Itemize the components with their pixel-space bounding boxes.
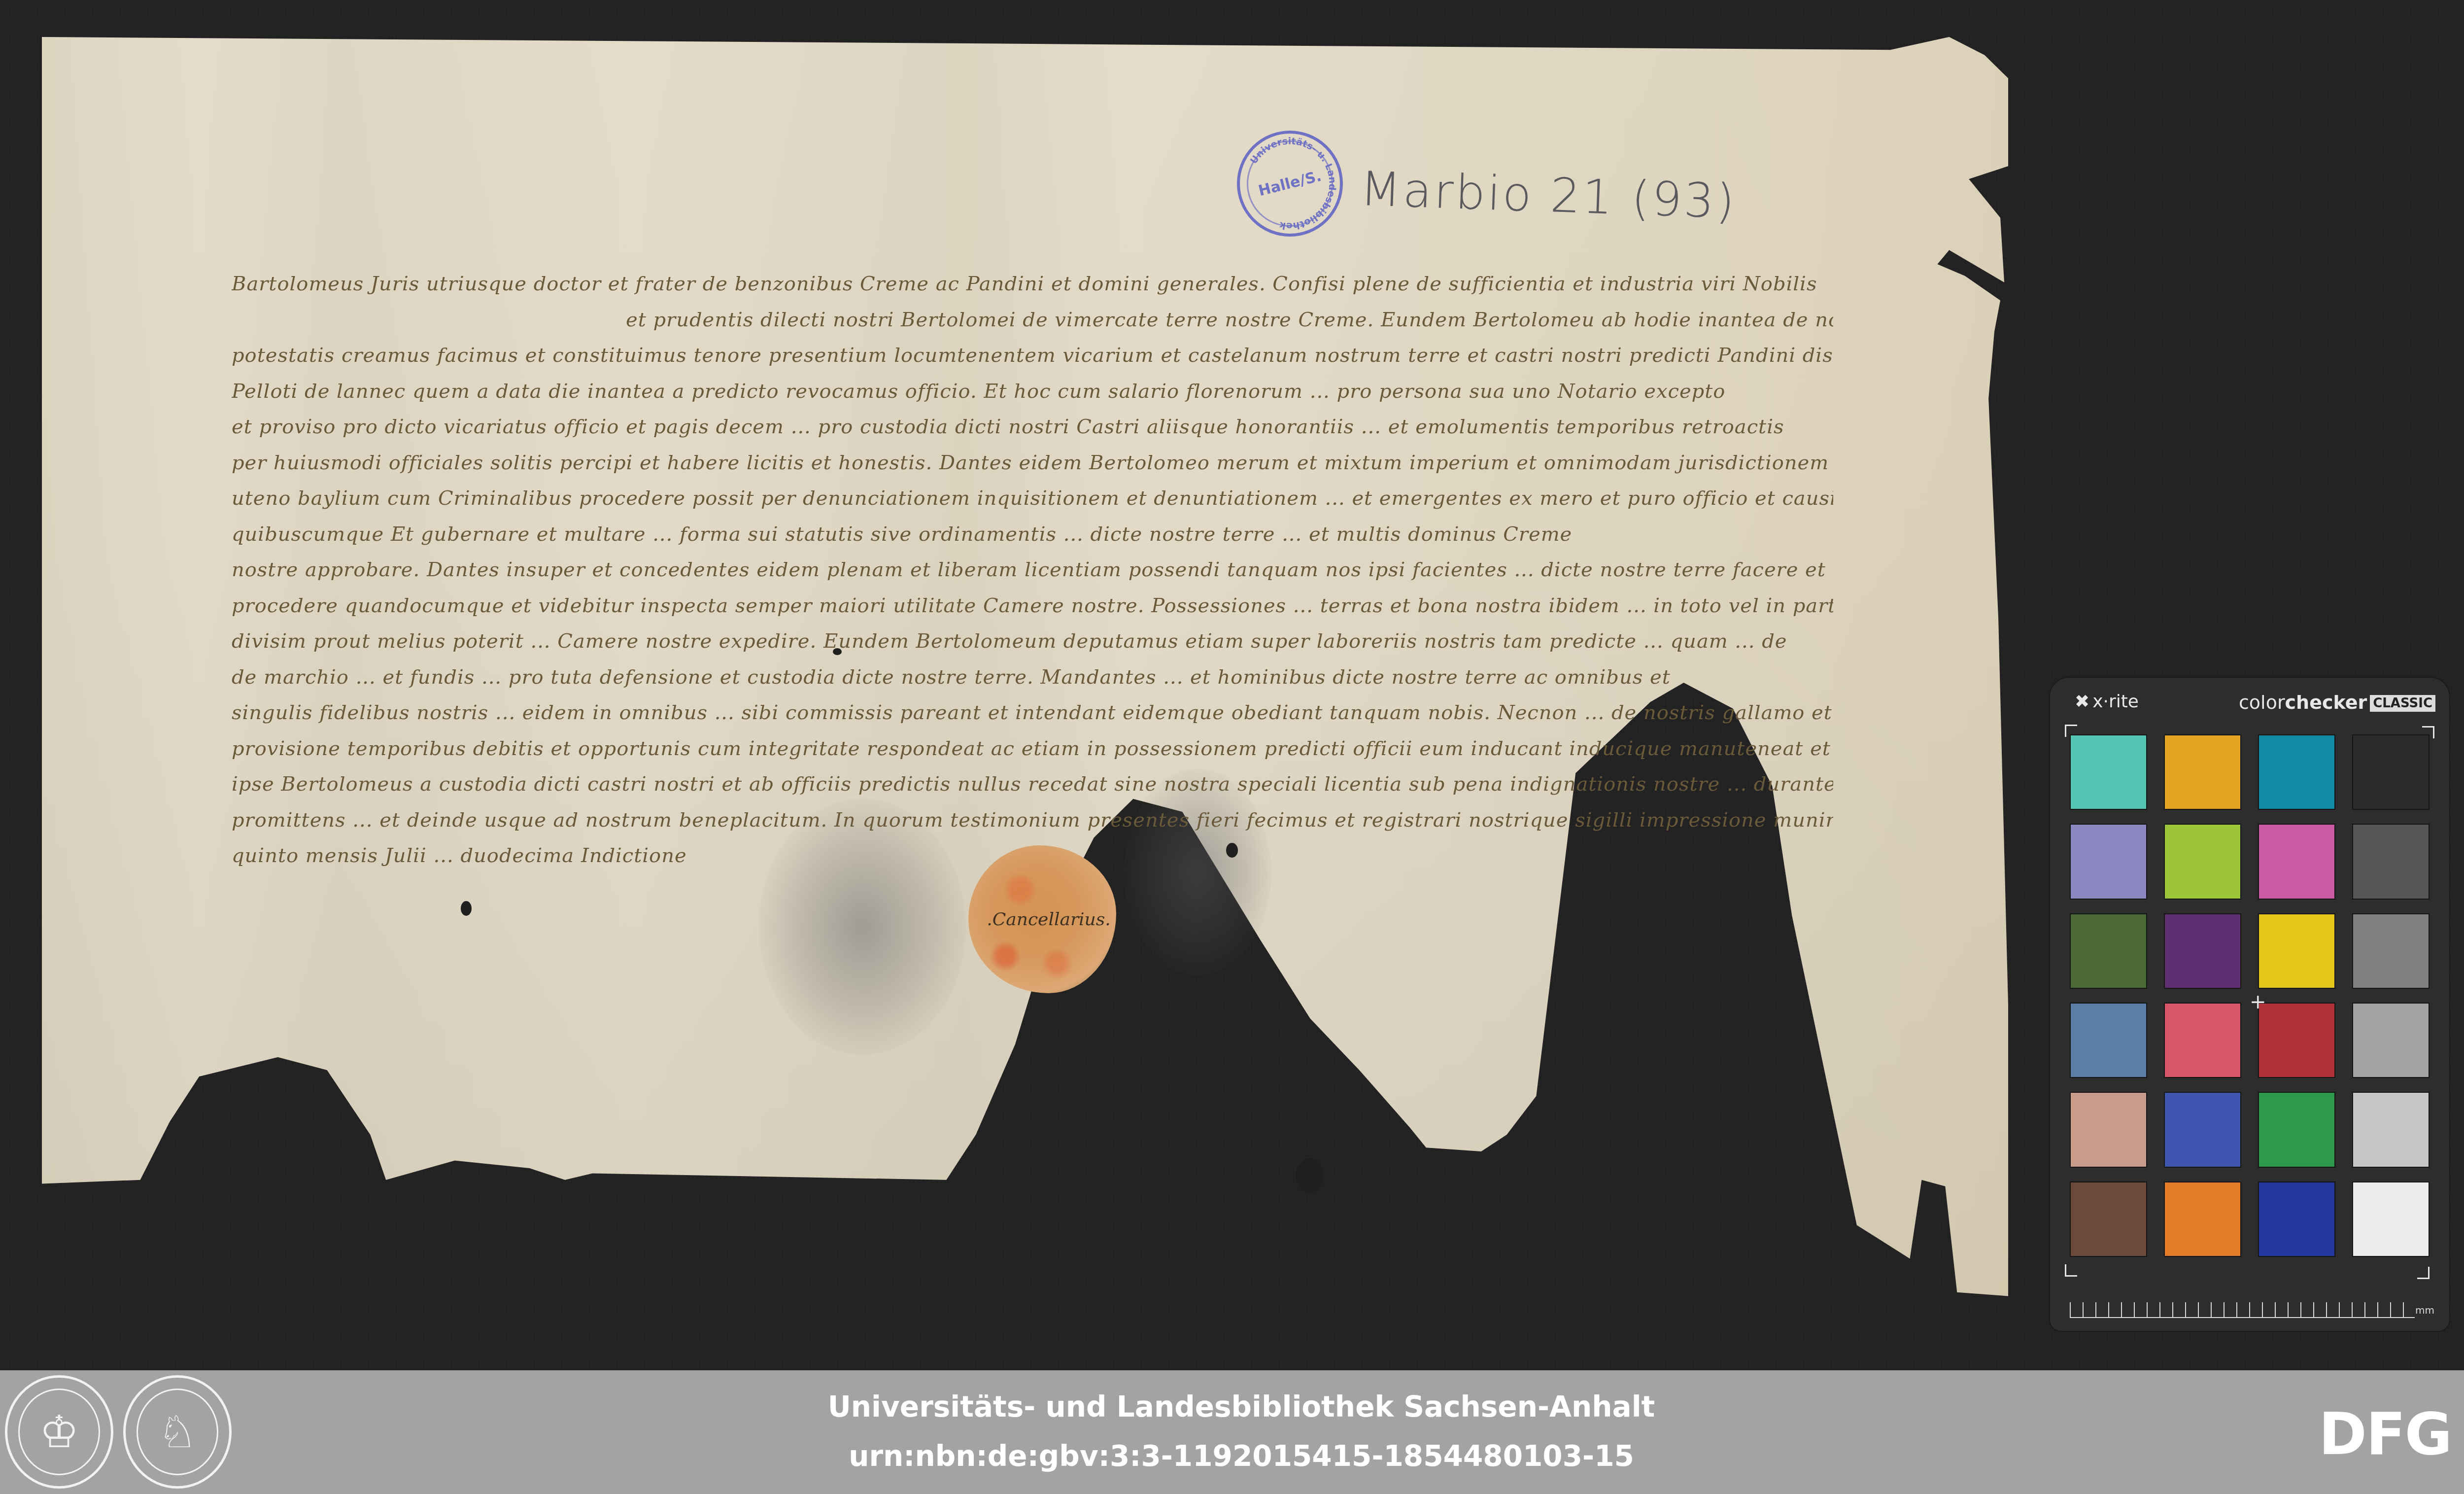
xrite-x-icon: ✖ [2075, 692, 2089, 712]
ruler-unit: mm [2415, 1304, 2434, 1316]
parchment-hole [461, 901, 472, 916]
color-patch [2352, 824, 2430, 899]
institution-name: Universitäts- und Landesbibliothek Sachs… [0, 1390, 2464, 1424]
center-crosshair-icon: + [2250, 991, 2266, 1013]
color-patch [2258, 1092, 2335, 1167]
color-patch [2352, 913, 2430, 989]
charter-line: de marchio ... et fundis ... pro tuta de… [232, 660, 1833, 695]
charter-line: procedere quandocumque et videbitur insp… [232, 588, 1833, 624]
color-patch [2070, 734, 2147, 810]
color-patch [2070, 824, 2147, 899]
library-stamp: Universitäts- u. Landesbibliothek Halle/… [1237, 131, 1343, 237]
color-patch [2164, 913, 2241, 989]
color-patch [2352, 1092, 2430, 1167]
charter-line: quibuscumque Et gubernare et multare ...… [232, 517, 1833, 553]
title-bold: checker [2285, 692, 2367, 713]
color-patch [2164, 734, 2241, 810]
color-patch [2164, 1181, 2241, 1257]
footer-bar: ♔ ♘ Universitäts- und Landesbibliothek S… [0, 1370, 2464, 1494]
xrite-logo: ✖x·rite [2075, 692, 2139, 712]
color-patch [2164, 1092, 2241, 1167]
color-patch [2352, 734, 2430, 810]
charter-line: Pelloti de lannec quem a data die inante… [232, 374, 1833, 410]
color-patch [2164, 824, 2241, 899]
color-patch [2070, 1003, 2147, 1078]
charter-line: uteno baylium cum Criminalibus procedere… [232, 481, 1833, 517]
color-patch [2258, 913, 2335, 989]
charter-line: Bartolomeus Juris utriusque doctor et fr… [232, 266, 1833, 302]
color-patch [2352, 1181, 2430, 1257]
color-patch [2258, 1003, 2335, 1078]
charter-line: ipse Bertolomeus a custodia dicti castri… [232, 766, 1833, 802]
title-light: color [2239, 692, 2285, 713]
charter-line: provisione temporibus debitis et opportu… [232, 731, 1833, 767]
color-patch [2258, 824, 2335, 899]
color-checker-card: ✖x·rite colorcheckerCLASSIC + mm [2050, 678, 2449, 1331]
corner-mark-icon [2065, 1264, 2077, 1277]
mm-ruler [2070, 1302, 2415, 1317]
dfg-logo: DFG [2319, 1400, 2451, 1468]
color-patch [2164, 1003, 2241, 1078]
urn-identifier[interactable]: urn:nbn:de:gbv:3:3-1192015415-1854480103… [0, 1439, 2464, 1473]
charter-text: Bartolomeus Juris utriusque doctor et fr… [232, 266, 1833, 874]
color-patch [2070, 1092, 2147, 1167]
color-patch [2258, 734, 2335, 810]
charter-line: et proviso pro dicto vicariatus officio … [232, 409, 1833, 445]
charter-line: nostre approbare. Dantes insuper et conc… [232, 552, 1833, 588]
charter-line: singulis fidelibus nostris ... eidem in … [232, 695, 1833, 731]
corner-mark-icon [2417, 1267, 2430, 1279]
xrite-brand-text: x·rite [2092, 692, 2139, 712]
color-patch [2070, 913, 2147, 989]
classic-badge: CLASSIC [2370, 695, 2435, 712]
charter-line: per huiusmodi officiales solitis percipi… [232, 445, 1833, 481]
mm-ruler-baseline [2070, 1317, 2415, 1318]
charter-line: potestatis creamus facimus et constituim… [232, 338, 1833, 374]
seal-signature: .Cancellarius. [975, 909, 1123, 930]
charter-line: divisim prout melius poterit ... Camere … [232, 624, 1833, 660]
color-patch [2352, 1003, 2430, 1078]
colorchecker-title: colorcheckerCLASSIC [2239, 692, 2435, 713]
charter-line: et prudentis dilecti nostri Bertolomei d… [232, 302, 1833, 338]
color-patch [2070, 1181, 2147, 1257]
color-patch [2258, 1181, 2335, 1257]
charter-line: promittens ... et deinde usque ad nostru… [232, 802, 1833, 838]
parchment-hole [1296, 1158, 1323, 1193]
